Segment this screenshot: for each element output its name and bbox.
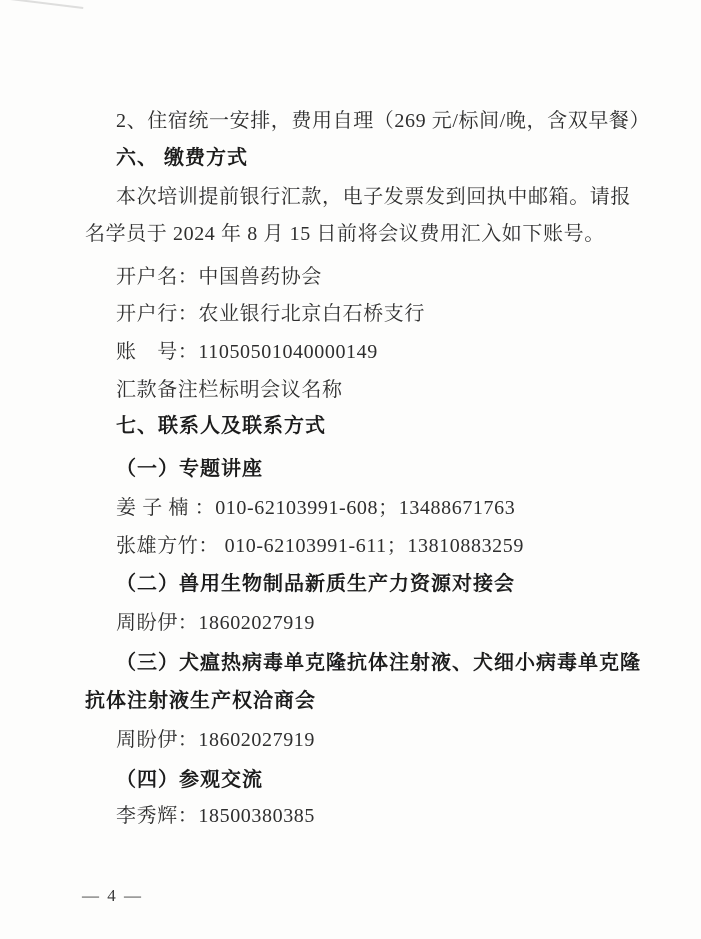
section-payment-heading: 六、 缴费方式	[116, 145, 248, 171]
sub2-heading: （二）兽用生物制品新质生产力资源对接会	[116, 571, 515, 597]
sub1-contact2-line: 张雄方竹： 010-62103991-611；13810883259	[116, 533, 524, 559]
account-name-line: 开户名：中国兽药协会	[116, 264, 322, 290]
sub3-contact-line: 周盼伊：18602027919	[116, 727, 315, 753]
sub4-heading: （四）参观交流	[116, 767, 263, 793]
remark-note-line: 汇款备注栏标明会议名称	[116, 377, 343, 403]
section-contacts-heading: 七、联系人及联系方式	[116, 413, 326, 439]
sub4-contact-line: 李秀辉：18500380385	[116, 803, 315, 829]
sub1-contact1-line: 姜 子 楠 ：010-62103991-608；13488671763	[116, 495, 515, 521]
scanned-document-page: 2、住宿统一安排，费用自理（269 元/标间/晚，含双早餐） 六、 缴费方式 本…	[0, 0, 701, 939]
scan-edge-artifact	[0, 0, 83, 9]
payment-paragraph-line2: 名学员于 2024 年 8 月 15 日前将会议费用汇入如下账号。	[85, 221, 605, 247]
sub3-heading-line1: （三）犬瘟热病毒单克隆抗体注射液、犬细小病毒单克隆	[116, 650, 641, 676]
bank-branch-line: 开户行：农业银行北京白石桥支行	[116, 301, 425, 327]
accommodation-line: 2、住宿统一安排，费用自理（269 元/标间/晚，含双早餐）	[116, 108, 650, 134]
sub1-heading: （一）专题讲座	[116, 456, 263, 482]
page-number: — 4 —	[82, 886, 143, 906]
payment-paragraph-line1: 本次培训提前银行汇款，电子发票发到回执中邮箱。请报	[116, 184, 631, 210]
account-number-line: 账 号：11050501040000149	[116, 339, 378, 365]
sub3-heading-line2: 抗体注射液生产权洽商会	[85, 688, 316, 714]
sub2-contact-line: 周盼伊：18602027919	[116, 610, 315, 636]
